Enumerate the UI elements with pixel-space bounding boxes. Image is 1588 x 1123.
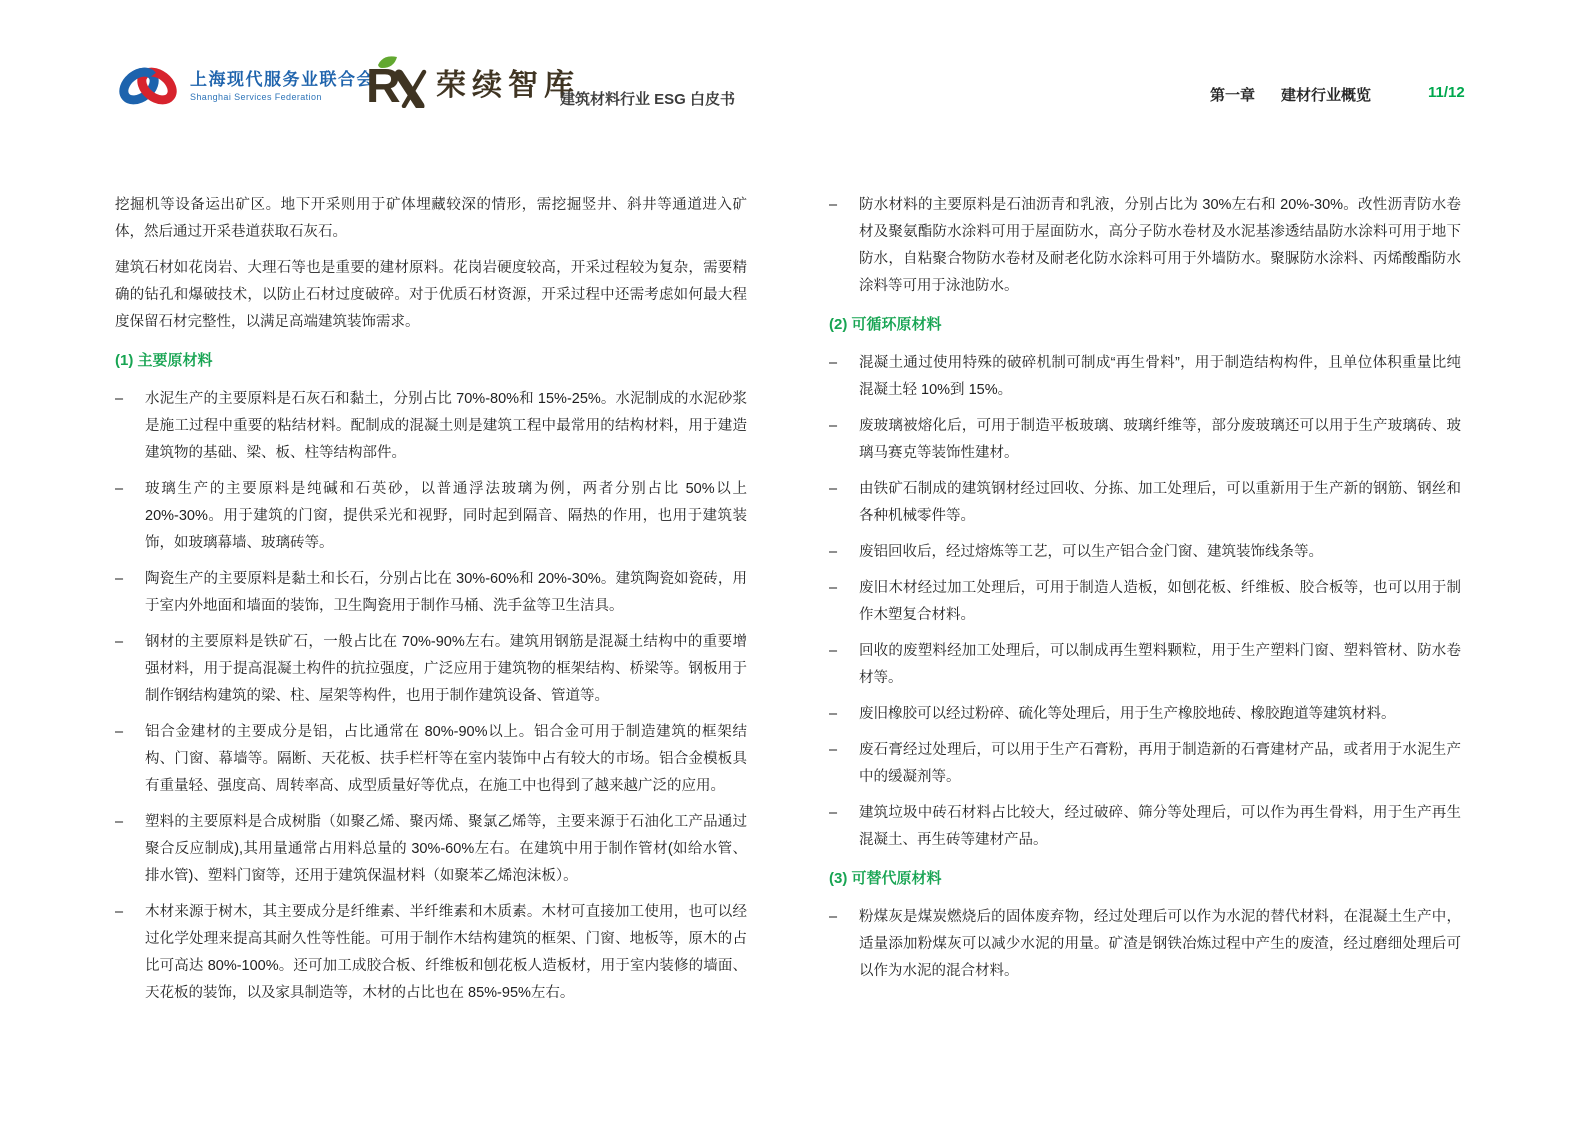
section-heading-1: (1) 主要原材料	[115, 347, 747, 374]
list-item-text: 由铁矿石制成的建筑钢材经过回收、分拣、加工处理后，可以重新用于生产新的钢筋、钢丝…	[859, 476, 1461, 530]
list-item: – 废旧橡胶可以经过粉碎、硫化等处理后，用于生产橡胶地砖、橡胶跑道等建筑材料。	[829, 701, 1461, 728]
list-item-text: 防水材料的主要原料是石油沥青和乳液，分别占比为 30%左右和 20%-30%。改…	[859, 192, 1461, 300]
bullet-dash: –	[829, 575, 859, 629]
bullet-dash: –	[829, 476, 859, 530]
list-item: – 木材来源于树木，其主要成分是纤维素、半纤维素和木质素。木材可直接加工使用，也…	[115, 899, 747, 1007]
list-item-text: 建筑垃圾中砖石材料占比较大，经过破碎、筛分等处理后，可以作为再生骨料，用于生产再…	[859, 800, 1461, 854]
list-item-text: 铝合金建材的主要成分是铝，占比通常在 80%-90%以上。铝合金可用于制造建筑的…	[145, 719, 747, 800]
list-item: – 由铁矿石制成的建筑钢材经过回收、分拣、加工处理后，可以重新用于生产新的钢筋、…	[829, 476, 1461, 530]
list-item-text: 陶瓷生产的主要原料是黏土和长石，分别占比在 30%-60%和 20%-30%。建…	[145, 566, 747, 620]
list-item: – 粉煤灰是煤炭燃烧后的固体废弃物，经过处理后可以作为水泥的替代材料，在混凝土生…	[829, 904, 1461, 985]
list-item: – 玻璃生产的主要原料是纯碱和石英砂，以普通浮法玻璃为例，两者分别占比 50%以…	[115, 476, 747, 557]
ssf-name-en: Shanghai Services Federation	[190, 92, 375, 102]
bullet-dash: –	[829, 701, 859, 728]
list-item-text: 废铝回收后，经过熔炼等工艺，可以生产铝合金门窗、建筑装饰线条等。	[859, 539, 1461, 566]
page-number: 11/12	[1428, 84, 1465, 101]
document-page: 上海现代服务业联合会 Shanghai Services Federation …	[0, 0, 1588, 1123]
list-item: – 建筑垃圾中砖石材料占比较大，经过破碎、筛分等处理后，可以作为再生骨料，用于生…	[829, 800, 1461, 854]
list-item-text: 废旧木材经过加工处理后，可用于制造人造板，如刨花板、纤维板、胶合板等，也可以用于…	[859, 575, 1461, 629]
bullet-dash: –	[115, 629, 145, 710]
list-item: – 水泥生产的主要原料是石灰石和黏土，分别占比 70%-80%和 15%-25%…	[115, 386, 747, 467]
ssf-name-cn: 上海现代服务业联合会	[190, 70, 375, 90]
list-item-text: 回收的废塑料经加工处理后，可以制成再生塑料颗粒，用于生产塑料门窗、塑料管材、防水…	[859, 638, 1461, 692]
ssf-logo: 上海现代服务业联合会 Shanghai Services Federation	[116, 58, 375, 114]
list-item-text: 水泥生产的主要原料是石灰石和黏土，分别占比 70%-80%和 15%-25%。水…	[145, 386, 747, 467]
list-item: – 钢材的主要原料是铁矿石，一般占比在 70%-90%左右。建筑用钢筋是混凝土结…	[115, 629, 747, 710]
leaf-r-check-icon: R	[366, 56, 428, 108]
rx-logo: R 荣续智库	[366, 56, 580, 108]
bullet-dash: –	[829, 192, 859, 300]
list-item-text: 玻璃生产的主要原料是纯碱和石英砂，以普通浮法玻璃为例，两者分别占比 50%以上 …	[145, 476, 747, 557]
paragraph: 挖掘机等设备运出矿区。地下开采则用于矿体埋藏较深的情形，需挖掘竖井、斜井等通道进…	[115, 192, 747, 246]
paragraph: 建筑石材如花岗岩、大理石等也是重要的建材原料。花岗岩硬度较高，开采过程较为复杂，…	[115, 255, 747, 336]
section-heading-3: (3) 可替代原材料	[829, 865, 1461, 892]
list-item: – 铝合金建材的主要成分是铝，占比通常在 80%-90%以上。铝合金可用于制造建…	[115, 719, 747, 800]
bullet-dash: –	[829, 350, 859, 404]
bullet-dash: –	[115, 809, 145, 890]
bullet-dash: –	[115, 566, 145, 620]
ssf-logo-text: 上海现代服务业联合会 Shanghai Services Federation	[190, 70, 375, 102]
page-content: 挖掘机等设备运出矿区。地下开采则用于矿体埋藏较深的情形，需挖掘竖井、斜井等通道进…	[115, 192, 1461, 1016]
bullet-dash: –	[115, 719, 145, 800]
document-title: 建筑材料行业 ESG 白皮书	[560, 88, 735, 109]
bullet-dash: –	[115, 899, 145, 1007]
list-item: – 混凝土通过使用特殊的破碎机制可制成“再生骨料”，用于制造结构构件，且单位体积…	[829, 350, 1461, 404]
list-item-text: 木材来源于树木，其主要成分是纤维素、半纤维素和木质素。木材可直接加工使用，也可以…	[145, 899, 747, 1007]
list-item: – 塑料的主要原料是合成树脂（如聚乙烯、聚丙烯、聚氯乙烯等，主要来源于石油化工产…	[115, 809, 747, 890]
list-item-text: 废旧橡胶可以经过粉碎、硫化等处理后，用于生产橡胶地砖、橡胶跑道等建筑材料。	[859, 701, 1461, 728]
list-item-text: 废石膏经过处理后，可以用于生产石膏粉，再用于制造新的石膏建材产品，或者用于水泥生…	[859, 737, 1461, 791]
list-item: – 防水材料的主要原料是石油沥青和乳液，分别占比为 30%左右和 20%-30%…	[829, 192, 1461, 300]
chapter-title: 建材行业概览	[1281, 87, 1371, 104]
list-item-text: 废玻璃被熔化后，可用于制造平板玻璃、玻璃纤维等，部分废玻璃还可以用于生产玻璃砖、…	[859, 413, 1461, 467]
bullet-dash: –	[829, 413, 859, 467]
page-header: 上海现代服务业联合会 Shanghai Services Federation …	[0, 0, 1588, 160]
bullet-dash: –	[829, 737, 859, 791]
list-item-text: 粉煤灰是煤炭燃烧后的固体废弃物，经过处理后可以作为水泥的替代材料，在混凝土生产中…	[859, 904, 1461, 985]
list-item: – 回收的废塑料经加工处理后，可以制成再生塑料颗粒，用于生产塑料门窗、塑料管材、…	[829, 638, 1461, 692]
list-item: – 陶瓷生产的主要原料是黏土和长石，分别占比在 30%-60%和 20%-30%…	[115, 566, 747, 620]
bullet-dash: –	[829, 539, 859, 566]
right-column: – 防水材料的主要原料是石油沥青和乳液，分别占比为 30%左右和 20%-30%…	[829, 192, 1461, 1016]
list-item-text: 钢材的主要原料是铁矿石，一般占比在 70%-90%左右。建筑用钢筋是混凝土结构中…	[145, 629, 747, 710]
list-item: – 废铝回收后，经过熔炼等工艺，可以生产铝合金门窗、建筑装饰线条等。	[829, 539, 1461, 566]
chapter-number: 第一章	[1210, 87, 1255, 104]
interlocking-loops-icon	[116, 58, 180, 114]
list-item: – 废石膏经过处理后，可以用于生产石膏粉，再用于制造新的石膏建材产品，或者用于水…	[829, 737, 1461, 791]
list-item: – 废玻璃被熔化后，可用于制造平板玻璃、玻璃纤维等，部分废玻璃还可以用于生产玻璃…	[829, 413, 1461, 467]
list-item: – 废旧木材经过加工处理后，可用于制造人造板，如刨花板、纤维板、胶合板等，也可以…	[829, 575, 1461, 629]
rx-logo-name: 荣续智库	[436, 60, 580, 104]
chapter-breadcrumb: 第一章建材行业概览	[1210, 84, 1371, 105]
bullet-dash: –	[829, 904, 859, 985]
list-item-text: 塑料的主要原料是合成树脂（如聚乙烯、聚丙烯、聚氯乙烯等，主要来源于石油化工产品通…	[145, 809, 747, 890]
left-column: 挖掘机等设备运出矿区。地下开采则用于矿体埋藏较深的情形，需挖掘竖井、斜井等通道进…	[115, 192, 747, 1016]
section-heading-2: (2) 可循环原材料	[829, 311, 1461, 338]
bullet-dash: –	[829, 638, 859, 692]
bullet-dash: –	[115, 476, 145, 557]
bullet-dash: –	[115, 386, 145, 467]
bullet-dash: –	[829, 800, 859, 854]
list-item-text: 混凝土通过使用特殊的破碎机制可制成“再生骨料”，用于制造结构构件，且单位体积重量…	[859, 350, 1461, 404]
